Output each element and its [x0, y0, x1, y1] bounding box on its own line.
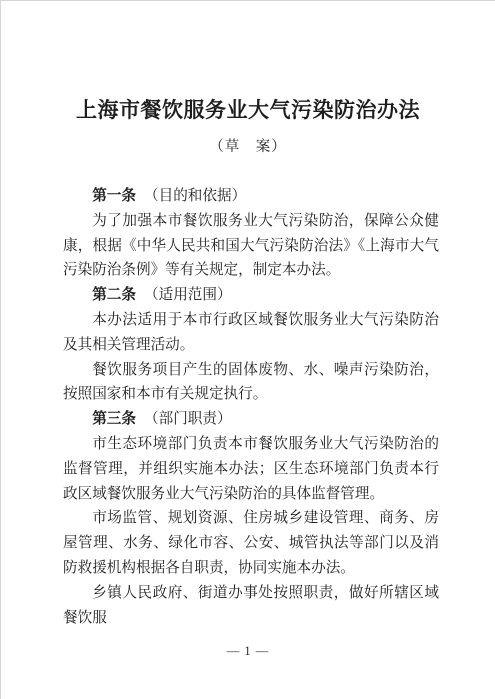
document-page: 上海市餐饮服务业大气污染防治办法 （草 案） 第一条（目的和依据） 为了加强本市… [0, 0, 495, 699]
article-1-number: 第一条 [92, 188, 136, 204]
article-1-paragraph-1: 为了加强本市餐饮服务业大气污染防治，保障公众健康，根据《中华人民共和国大气污染防… [63, 209, 439, 283]
document-title: 上海市餐饮服务业大气污染防治办法 [1, 1, 495, 123]
article-3-number: 第三条 [92, 411, 136, 427]
article-3-paragraph-2: 市场监管、规划资源、住房城乡建设管理、商务、房屋管理、水务、绿化市容、公安、城管… [63, 506, 439, 580]
article-2-paragraph-1: 本办法适用于本市行政区域餐饮服务业大气污染防治及其相关管理活动。 [63, 308, 439, 358]
article-3-note: （部门职责） [144, 411, 232, 427]
article-2-heading: 第二条（适用范围） [63, 283, 439, 308]
article-3-paragraph-1: 市生态环境部门负责本市餐饮服务业大气污染防治的监督管理，并组织实施本办法；区生态… [63, 432, 439, 506]
page-number: — 1 — [1, 644, 495, 659]
article-3-heading: 第三条（部门职责） [63, 407, 439, 432]
document-body: 第一条（目的和依据） 为了加强本市餐饮服务业大气污染防治，保障公众健康，根据《中… [63, 184, 439, 630]
article-2-note: （适用范围） [144, 287, 232, 303]
article-1-heading: 第一条（目的和依据） [63, 184, 439, 209]
document-subtitle: （草 案） [1, 138, 495, 156]
article-2-number: 第二条 [92, 287, 136, 303]
article-2-paragraph-2: 餐饮服务项目产生的固体废物、水、噪声污染防治，按照国家和本市有关规定执行。 [63, 358, 439, 408]
article-1-note: （目的和依据） [144, 188, 246, 204]
article-3-paragraph-3: 乡镇人民政府、街道办事处按照职责，做好所辖区域餐饮服 [63, 581, 439, 631]
